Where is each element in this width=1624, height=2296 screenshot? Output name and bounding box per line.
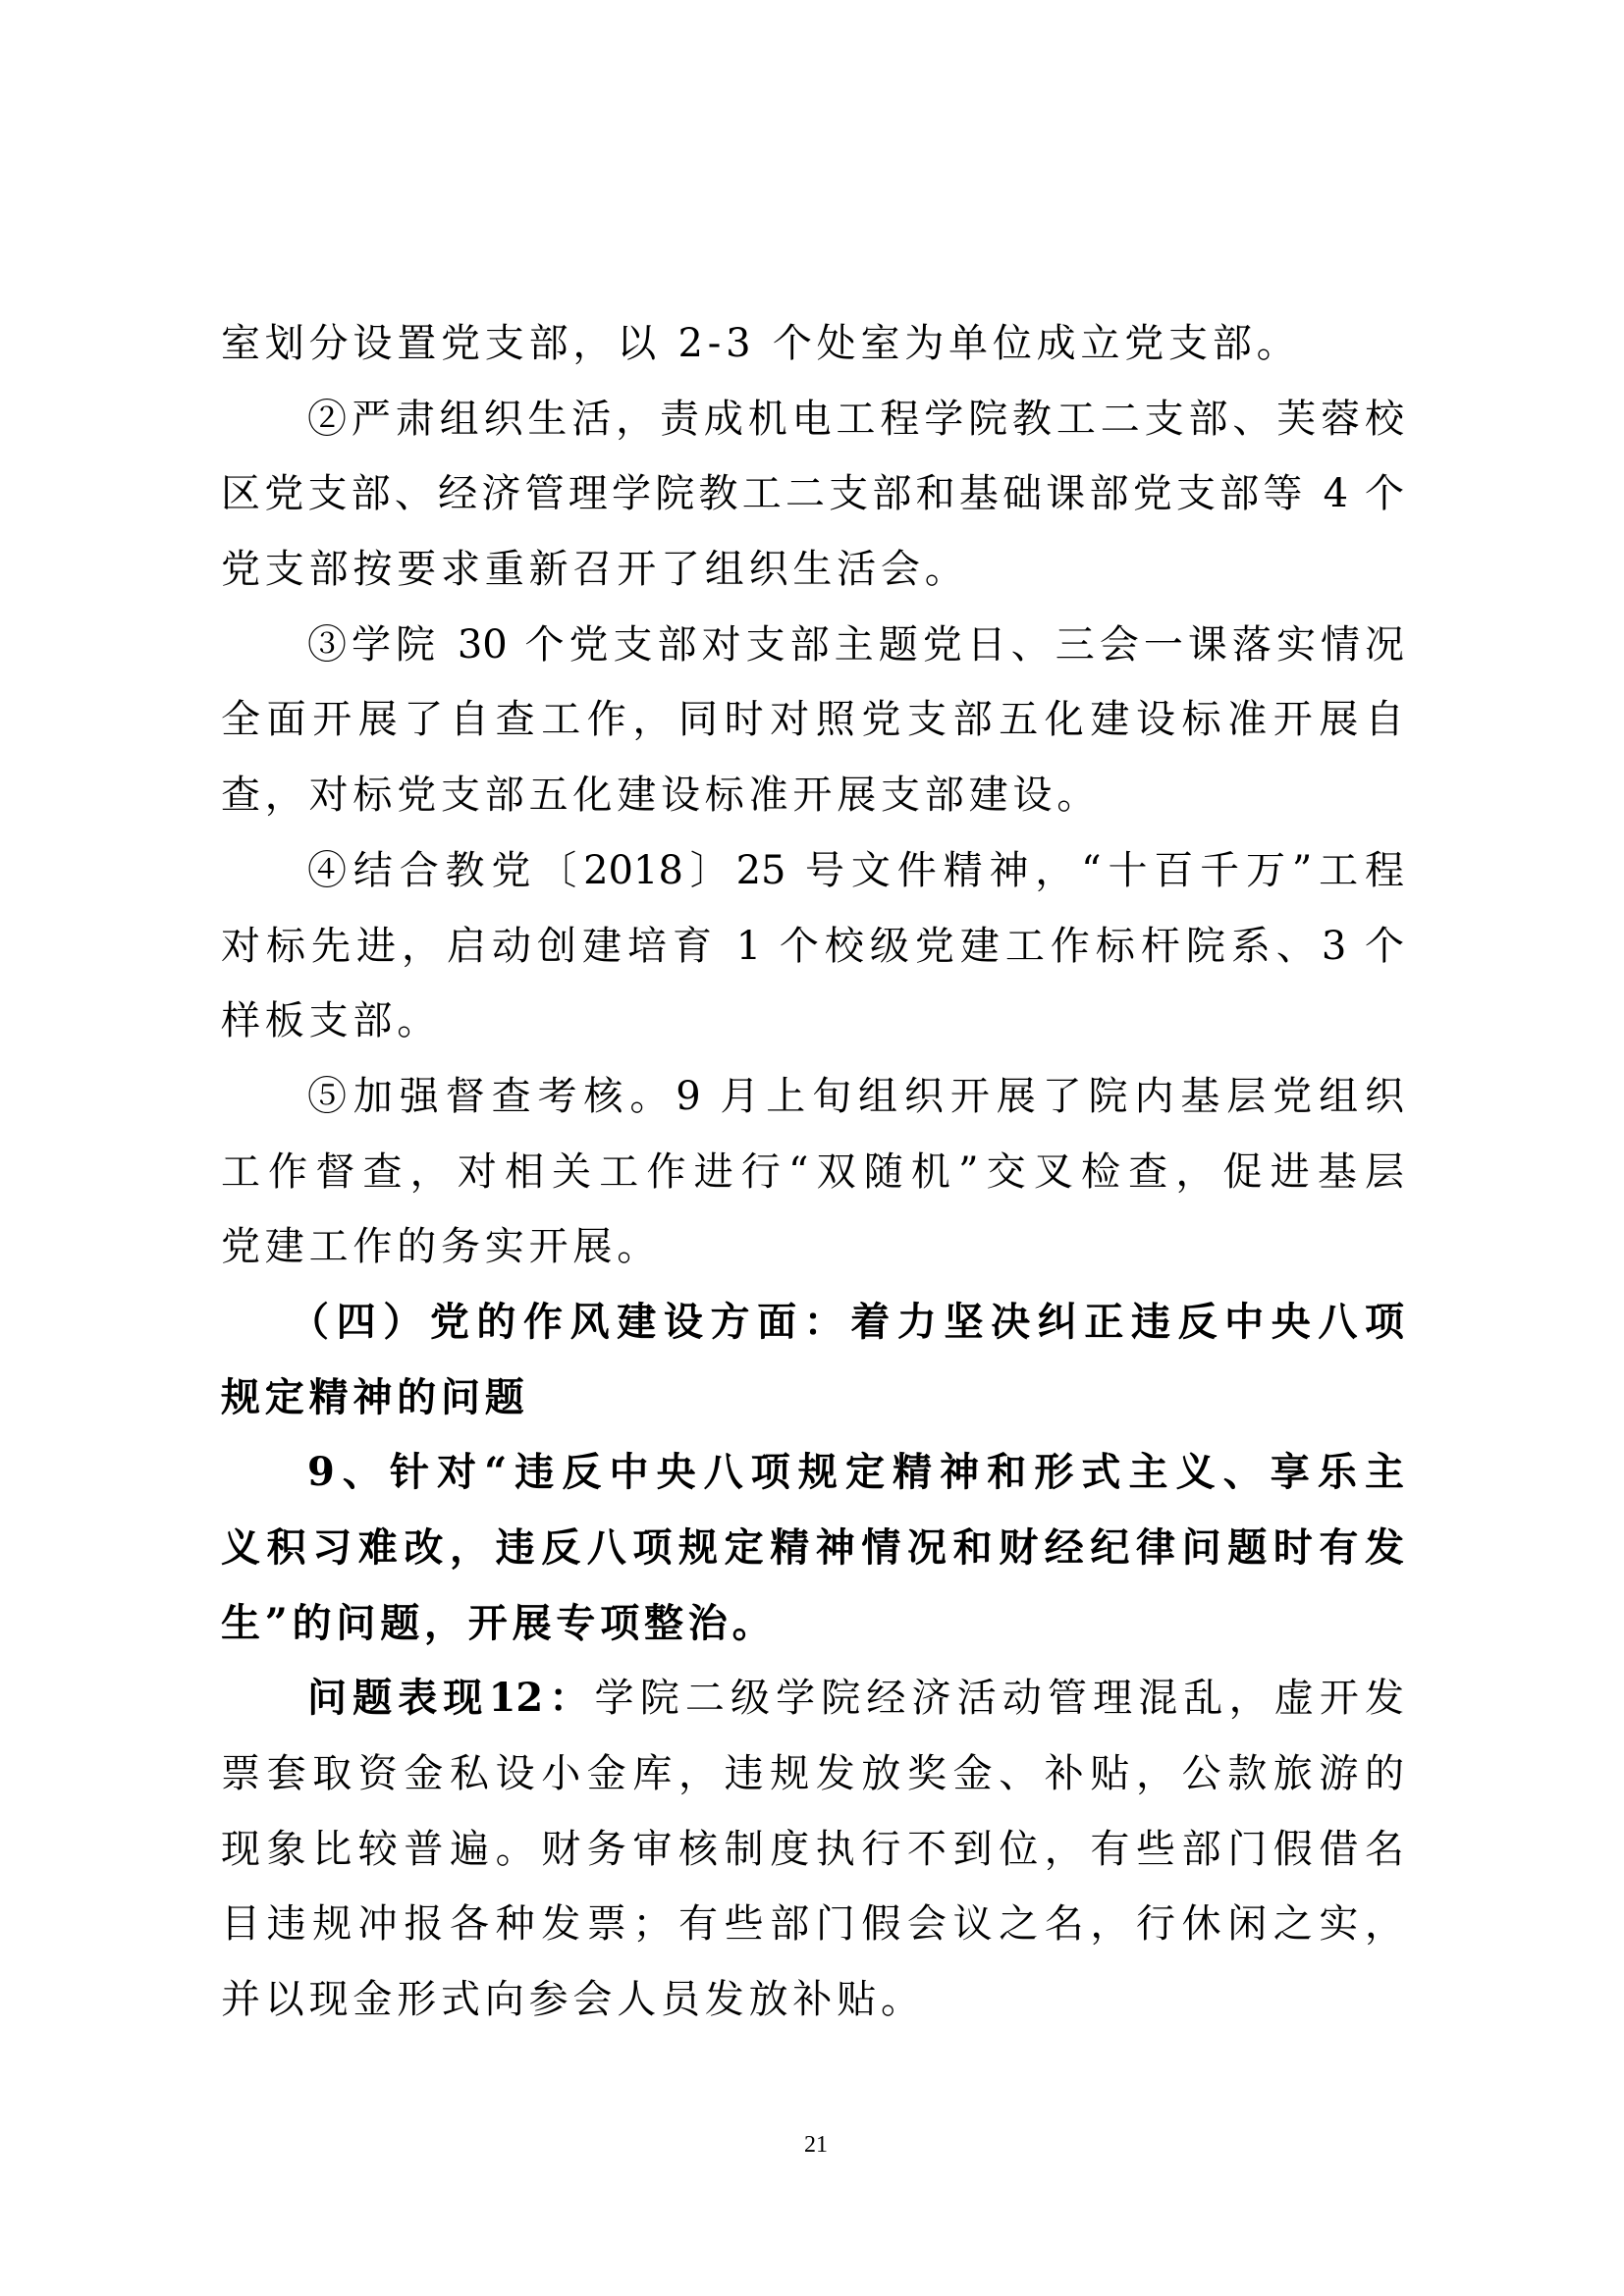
heading-line: （四）党的作风建设方面：着力坚决纠正违反中央八项 [221, 1285, 1404, 1361]
text-line: ③学院 30 个党支部对支部主题党日、三会一课落实情况 [221, 608, 1404, 683]
text-line: 查，对标党支部五化建设标准开展支部建设。 [221, 758, 1404, 833]
task-heading-9: 9、针对“违反中央八项规定精神和形式主义、享乐主 义积习难改，违反八项规定精神情… [221, 1435, 1404, 1661]
page-number: 21 [0, 2130, 1624, 2160]
text-line: ⑤加强督查考核。9 月上旬组织开展了院内基层党组织 [221, 1059, 1404, 1135]
document-body: 室划分设置党支部，以 2-3 个处室为单位成立党支部。 ②严肃组织生活，责成机电… [221, 306, 1404, 2038]
paragraph-problem-12: 问题表现12：学院二级学院经济活动管理混乱，虚开发 票套取资金私设小金库，违规发… [221, 1661, 1404, 2037]
text-line: 室划分设置党支部，以 2-3 个处室为单位成立党支部。 [221, 306, 1404, 382]
heading-line: 规定精神的问题 [221, 1361, 1404, 1436]
text-line: 党建工作的务实开展。 [221, 1209, 1404, 1285]
text-line: 目违规冲报各种发票；有些部门假会议之名，行休闲之实， [221, 1887, 1404, 1962]
text-line: 样板支部。 [221, 984, 1404, 1059]
paragraph-item-2: ②严肃组织生活，责成机电工程学院教工二支部、芙蓉校 区党支部、经济管理学院教工二… [221, 382, 1404, 608]
section-heading-4: （四）党的作风建设方面：着力坚决纠正违反中央八项 规定精神的问题 [221, 1285, 1404, 1435]
paragraph-item-4: ④结合教党〔2018〕25 号文件精神，“十百千万”工程 对标先进，启动创建培育… [221, 833, 1404, 1059]
heading-line: 生”的问题，开展专项整治。 [221, 1586, 1404, 1662]
text-line: 党支部按要求重新召开了组织生活会。 [221, 532, 1404, 608]
problem-text: 学院二级学院经济活动管理混乱，虚开发 [595, 1676, 1404, 1721]
text-line: 对标先进，启动创建培育 1 个校级党建工作标杆院系、3 个 [221, 909, 1404, 985]
document-page: 室划分设置党支部，以 2-3 个处室为单位成立党支部。 ②严肃组织生活，责成机电… [0, 0, 1624, 2296]
text-line: 工作督查，对相关工作进行“双随机”交叉检查，促进基层 [221, 1135, 1404, 1210]
text-line: ④结合教党〔2018〕25 号文件精神，“十百千万”工程 [221, 833, 1404, 909]
problem-label: 问题表现12： [307, 1675, 595, 1721]
text-line: 票套取资金私设小金库，违规发放奖金、补贴，公款旅游的 [221, 1736, 1404, 1812]
heading-line: 义积习难改，违反八项规定精神情况和财经纪律问题时有发 [221, 1511, 1404, 1586]
text-line: ②严肃组织生活，责成机电工程学院教工二支部、芙蓉校 [221, 382, 1404, 457]
text-line: 现象比较普遍。财务审核制度执行不到位，有些部门假借名 [221, 1812, 1404, 1888]
paragraph-continuation: 室划分设置党支部，以 2-3 个处室为单位成立党支部。 [221, 306, 1404, 382]
text-line: 区党支部、经济管理学院教工二支部和基础课部党支部等 4 个 [221, 456, 1404, 532]
text-line: 并以现金形式向参会人员发放补贴。 [221, 1962, 1404, 2038]
paragraph-item-3: ③学院 30 个党支部对支部主题党日、三会一课落实情况 全面开展了自查工作，同时… [221, 608, 1404, 833]
text-line: 问题表现12：学院二级学院经济活动管理混乱，虚开发 [221, 1661, 1404, 1736]
paragraph-item-5: ⑤加强督查考核。9 月上旬组织开展了院内基层党组织 工作督查，对相关工作进行“双… [221, 1059, 1404, 1285]
text-line: 全面开展了自查工作，同时对照党支部五化建设标准开展自 [221, 682, 1404, 758]
heading-line: 9、针对“违反中央八项规定精神和形式主义、享乐主 [221, 1435, 1404, 1511]
